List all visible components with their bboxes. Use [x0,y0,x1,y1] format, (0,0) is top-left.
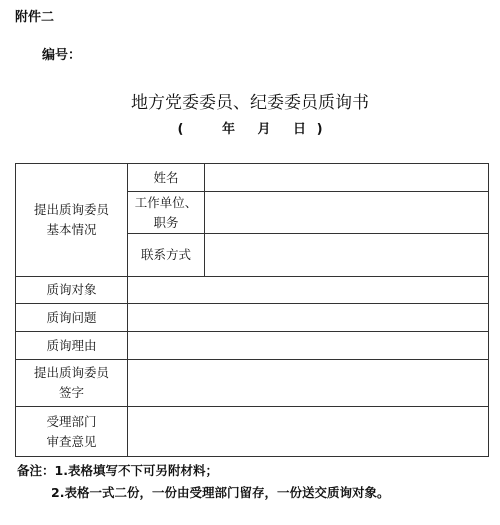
signature-line-1: 提出质询委员 [16,363,127,383]
review-field[interactable] [128,407,489,457]
serial-number-label: 编号： [42,44,81,63]
inquiry-form-table: 提出质询委员 基本情况 姓名 工作单位、 职务 联系方式 质询对象 质询问题 质… [15,163,489,457]
review-label: 受理部门 审查意见 [16,407,128,457]
note-line-1: 备注：1.表格填写不下可另附材料； [17,460,389,482]
note-line-2: 2.表格一式二份，一份由受理部门留存，一份送交质询对象。 [17,482,389,504]
signature-line-2: 签字 [16,383,127,403]
review-line-1: 受理部门 [16,412,127,432]
notes: 备注：1.表格填写不下可另附材料； 2.表格一式二份，一份由受理部门留存，一份送… [17,460,389,504]
document-title: 地方党委委员、纪委委员质询书 [0,88,500,113]
work-unit-line-1: 工作单位、 [128,193,204,213]
signature-label: 提出质询委员 签字 [16,360,128,407]
contact-label: 联系方式 [128,234,205,277]
date-year: 年 [222,118,235,137]
contact-field[interactable] [205,234,489,277]
basic-info-line-2: 基本情况 [16,220,127,240]
attachment-label: 附件二 [15,6,54,25]
basic-info-section-label: 提出质询委员 基本情况 [16,164,128,277]
basic-info-line-1: 提出质询委员 [16,200,127,220]
question-field[interactable] [128,304,489,332]
date-line: ( 年 月 日 ) [0,118,500,137]
name-field[interactable] [205,164,489,192]
date-close-paren: ) [317,122,323,137]
work-unit-label: 工作单位、 职务 [128,192,205,234]
date-open-paren: ( [177,122,183,137]
target-field[interactable] [128,277,489,304]
name-label: 姓名 [128,164,205,192]
review-line-2: 审查意见 [16,432,127,452]
work-unit-line-2: 职务 [128,213,204,233]
signature-field[interactable] [128,360,489,407]
date-month: 月 [257,118,270,137]
date-day: 日 [293,118,306,137]
target-label: 质询对象 [16,277,128,304]
question-label: 质询问题 [16,304,128,332]
work-unit-field[interactable] [205,192,489,234]
reason-field[interactable] [128,332,489,360]
reason-label: 质询理由 [16,332,128,360]
